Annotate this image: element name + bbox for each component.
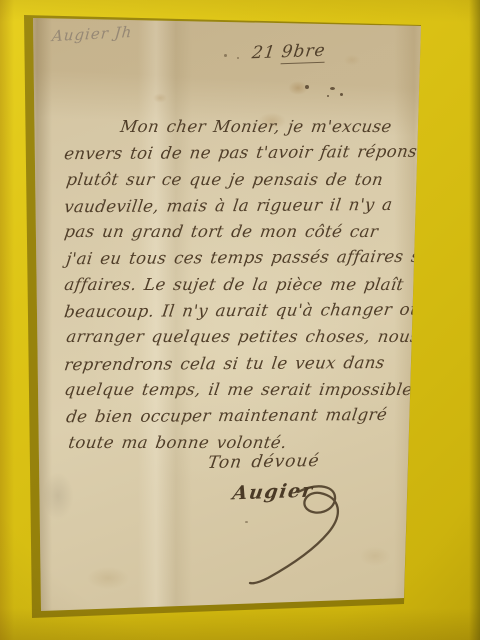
letter-line: de bien occuper maintenant malgré: [62, 405, 422, 434]
pencil-annotation: Augier Jh: [51, 23, 133, 45]
letter-line: quelque temps, il me serait impossible: [62, 380, 422, 406]
ink-speck: [245, 521, 248, 523]
ink-speck: [327, 95, 329, 97]
letter-line: j'ai eu tous ces temps passés affaires s…: [62, 247, 422, 276]
letter-line: plutôt sur ce que je pensais de ton: [62, 170, 422, 196]
letter-line: Mon cher Monier, je m'excuse: [62, 117, 422, 143]
date-month: 9bre: [280, 41, 327, 65]
ink-speck: [237, 57, 239, 59]
letter-line: pas un grand tort de mon côté car: [62, 222, 422, 248]
ink-speck: [224, 54, 227, 57]
letter-closing: Ton dévoué: [206, 451, 321, 473]
letter-line: reprendrons cela si tu le veux dans: [62, 352, 422, 381]
photograph: Augier Jh 219bre Mon cher Monier, je m'e…: [0, 0, 480, 640]
letter-line: affaires. Le sujet de la pièce me plaît: [62, 275, 422, 301]
letter-date: 219bre: [251, 41, 327, 64]
letter-line: vaudeville, mais à la rigueur il n'y a: [62, 195, 422, 224]
letter-line: arranger quelques petites choses, nous: [62, 327, 422, 353]
date-day: 21: [251, 42, 277, 63]
ink-speck: [330, 87, 335, 90]
letter-body: Mon cher Monier, je m'excuseenvers toi d…: [64, 117, 420, 459]
ink-speck: [305, 85, 309, 89]
letter-line: beaucoup. Il n'y aurait qu'à changer ou: [62, 300, 422, 329]
signature-flourish-icon: [226, 478, 366, 590]
letter-line: envers toi de ne pas t'avoir fait répons…: [62, 142, 422, 171]
letter-paper: Augier Jh 219bre Mon cher Monier, je m'e…: [0, 0, 480, 640]
ink-speck: [340, 93, 343, 96]
